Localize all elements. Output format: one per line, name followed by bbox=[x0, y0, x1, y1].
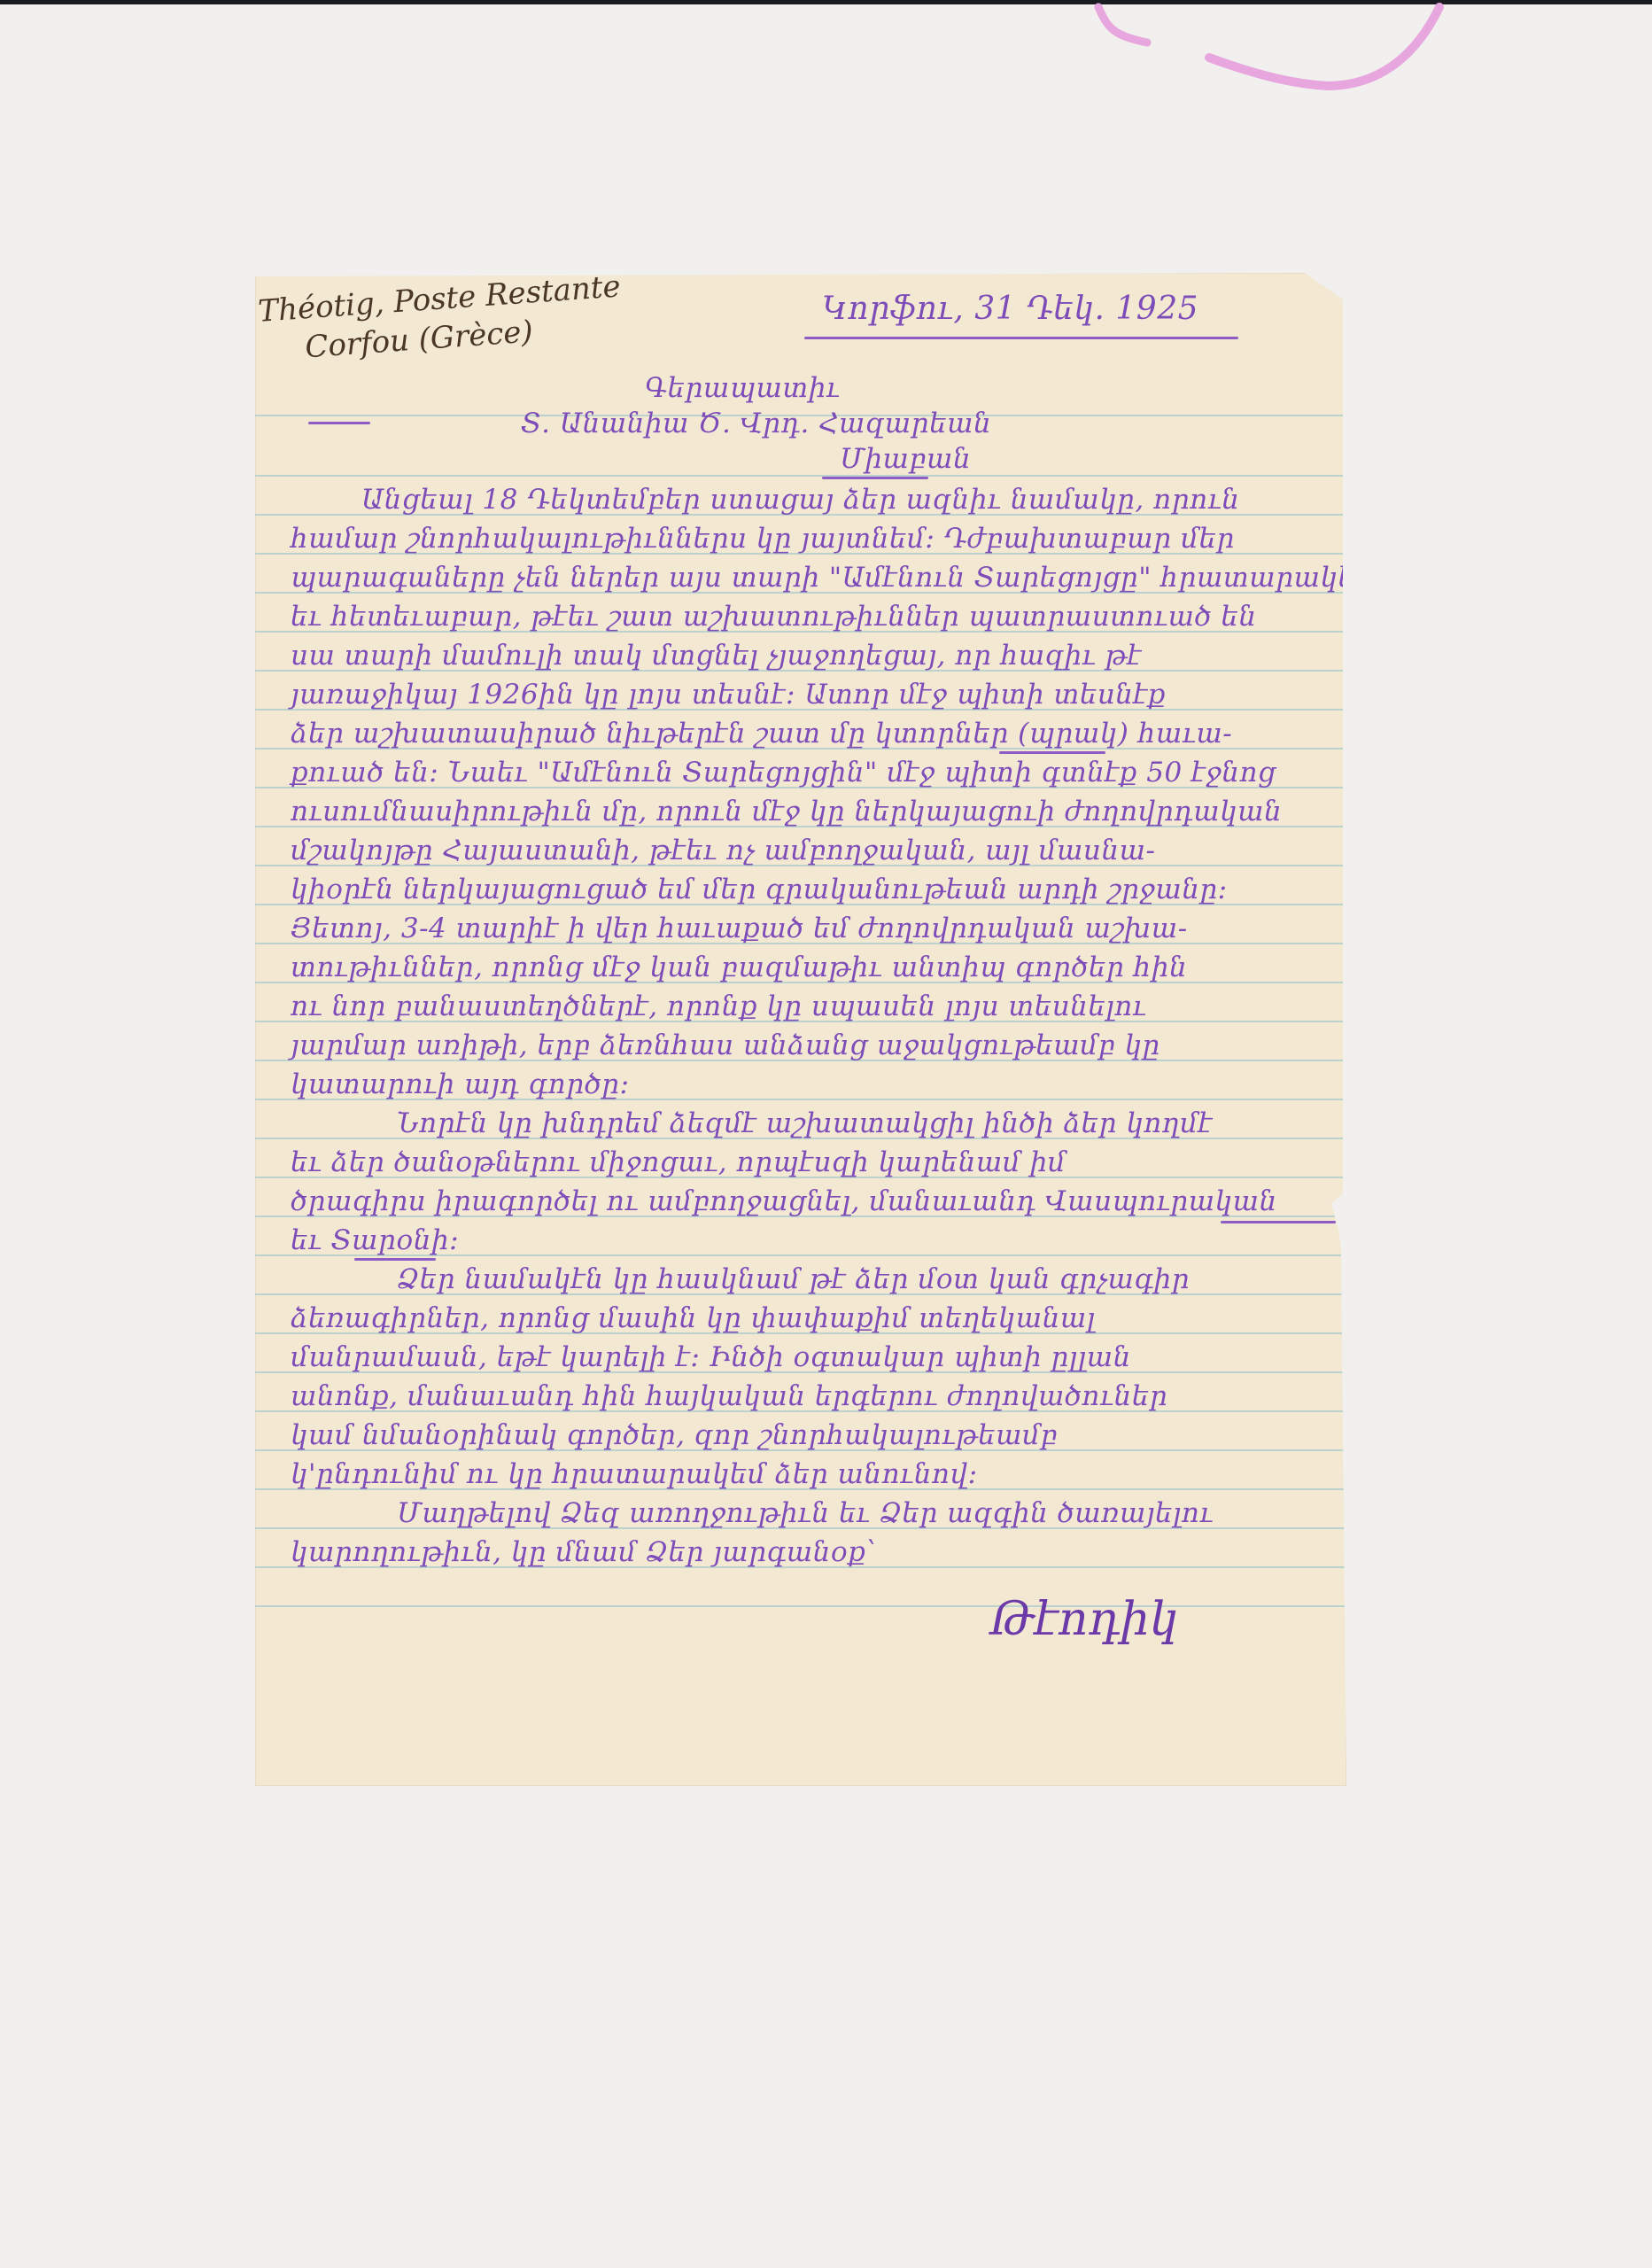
body-line: մշակոյթը Հայաստանի, թէեւ ոչ ամբողջական, … bbox=[291, 835, 1155, 866]
body-line: Յետոյ, 3-4 տարիէ ի վեր հաւաքած եմ ժողովր… bbox=[291, 913, 1188, 944]
body-line: սա տարի մամուլի տակ մտցնել չյաջողեցայ, ո… bbox=[291, 640, 1142, 672]
body-line: յառաջիկայ 1926ին կը լոյս տեսնէ։ Ատոր մէջ… bbox=[291, 679, 1166, 711]
salutation-line2: Տ. Անանիա Ծ. Վրդ. Հազարեան bbox=[521, 408, 991, 439]
date-underline bbox=[804, 337, 1238, 339]
body-line: քուած են։ Նաեւ "Ամէնուն Տարեցոյցին" մէջ … bbox=[291, 757, 1276, 788]
body-line: մանրամասն, եթէ կարելի է։ Ինծի օգտակար պի… bbox=[291, 1341, 1131, 1373]
body-line: Մաղթելով Ձեզ առողջութիւն եւ Ձեր ազգին ծա… bbox=[397, 1497, 1214, 1529]
pink-marker-stroke bbox=[0, 0, 1652, 124]
body-line: կիօրէն ներկայացուցած եմ մեր գրականութեան… bbox=[291, 874, 1228, 905]
address-dash bbox=[308, 422, 370, 424]
body-line: կատարուի այդ գործը։ bbox=[291, 1068, 630, 1100]
body-line: ուսումնասիրութիւն մը, որուն մէջ կը ներկա… bbox=[291, 796, 1282, 827]
body-line: եւ Տարօնի։ bbox=[291, 1224, 459, 1256]
body-line: ձեր աշխատասիրած նիւթերէն շատ մը կտորներ … bbox=[291, 718, 1232, 750]
body-line: ծրագիրս իրագործել ու ամբողջացնել, մանաւա… bbox=[291, 1185, 1277, 1217]
return-address: Théotig, Poste Restante Corfou (Grèce) bbox=[257, 267, 624, 369]
salutation-underline bbox=[822, 477, 928, 479]
body-line: եւ ձեր ծանօթներու միջոցաւ, որպէսզի կարեն… bbox=[291, 1146, 1066, 1178]
body-line: եւ հետեւաբար, թէեւ շատ աշխատութիւններ պա… bbox=[291, 601, 1257, 633]
body-line: անոնք, մանաւանդ հին հայկական երգերու ժող… bbox=[291, 1380, 1167, 1412]
salutation-line3: Միաբան bbox=[840, 443, 971, 475]
body-line: Անցեալ 18 Դեկտեմբեր ստացայ ձեր ազնիւ նամ… bbox=[361, 484, 1240, 516]
body-line: կարողութիւն, կը մնամ Ձեր յարգանօք՝ bbox=[291, 1536, 876, 1568]
signature: Թէոդիկ bbox=[990, 1593, 1178, 1646]
word-underline bbox=[354, 1258, 436, 1261]
rule-line bbox=[255, 1605, 1346, 1607]
body-line: Ձեր նամակէն կը հասկնամ թէ ձեր մօտ կան գր… bbox=[397, 1263, 1190, 1295]
word-underline bbox=[999, 751, 1105, 754]
salutation-line1: Գերապատիւ bbox=[645, 372, 840, 404]
body-line: պարագաները չեն ներեր այս տարի "Ամէնուն Տ… bbox=[291, 562, 1364, 594]
letter-paper: Théotig, Poste Restante Corfou (Grèce) Կ… bbox=[255, 273, 1346, 1786]
body-line: տութիւններ, որոնց մէջ կան բազմաթիւ անտիպ… bbox=[291, 951, 1187, 983]
body-line: ձեռագիրներ, որոնց մասին կը փափաքիմ տեղեկ… bbox=[291, 1302, 1096, 1334]
body-line: կ'ընդունիմ ու կը հրատարակեմ ձեր անունով։ bbox=[291, 1458, 978, 1490]
word-underline bbox=[1221, 1221, 1336, 1223]
body-line: ու նոր բանաստեղծներէ, որոնք կը սպասեն լո… bbox=[291, 990, 1146, 1022]
place-date: Կորֆու, 31 Դեկ. 1925 bbox=[822, 291, 1198, 327]
rule-line bbox=[255, 475, 1346, 477]
body-line: համար շնորհակալութիւններս կը յայտնեմ։ Դժ… bbox=[291, 523, 1235, 555]
body-line: Նորէն կը խնդրեմ ձեզմէ աշխատակցիլ ինծի ձե… bbox=[397, 1107, 1213, 1139]
body-line: կամ նմանօրինակ գործեր, զոր շնորհակալութե… bbox=[291, 1419, 1058, 1451]
body-line: յարմար առիթի, երբ ձեռնհաս անձանց աջակցու… bbox=[291, 1029, 1160, 1061]
